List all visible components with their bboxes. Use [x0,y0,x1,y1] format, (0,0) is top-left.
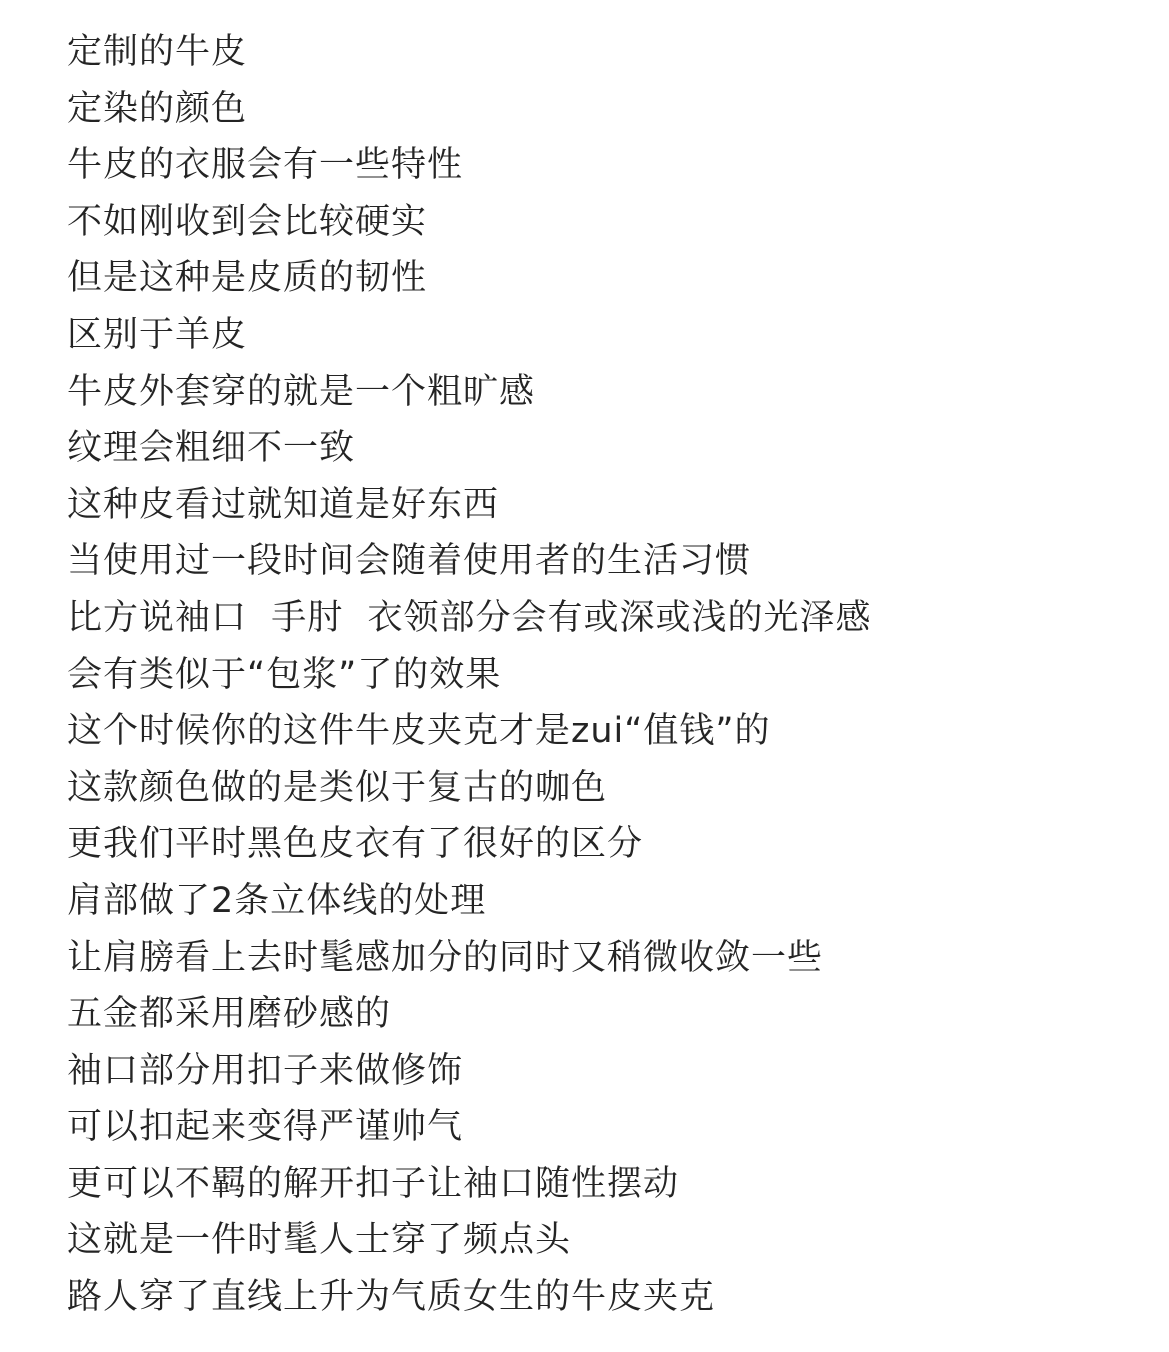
text-line: 不如刚收到会比较硬实 [67,194,1149,251]
text-line: 让肩膀看上去时髦感加分的同时又稍微收敛一些 [67,930,1149,987]
text-line: 袖口部分用扣子来做修饰 [67,1043,1149,1100]
text-line: 路人穿了直线上升为气质女生的牛皮夹克 [67,1269,1149,1326]
document-body: 定制的牛皮 定染的颜色 牛皮的衣服会有一些特性 不如刚收到会比较硬实 但是这种是… [67,24,1149,1326]
text-line: 牛皮的衣服会有一些特性 [67,137,1149,194]
text-line: 这种皮看过就知道是好东西 [67,477,1149,534]
text-line: 更我们平时黑色皮衣有了很好的区分 [67,816,1149,873]
text-line: 定染的颜色 [67,81,1149,138]
text-line: 更可以不羁的解开扣子让袖口随性摆动 [67,1156,1149,1213]
text-line: 定制的牛皮 [67,24,1149,81]
text-line: 纹理会粗细不一致 [67,420,1149,477]
text-line: 肩部做了2条立体线的处理 [67,873,1149,930]
text-line: 会有类似于“包浆”了的效果 [67,647,1149,704]
text-line: 牛皮外套穿的就是一个粗旷感 [67,364,1149,421]
text-line: 这个时候你的这件牛皮夹克才是zui“值钱”的 [67,703,1149,760]
text-line: 当使用过一段时间会随着使用者的生活习惯 [67,533,1149,590]
text-line: 但是这种是皮质的韧性 [67,250,1149,307]
text-line: 区别于羊皮 [67,307,1149,364]
text-line: 这就是一件时髦人士穿了频点头 [67,1212,1149,1269]
text-line: 比方说袖口 手肘 衣领部分会有或深或浅的光泽感 [67,590,1149,647]
text-line: 这款颜色做的是类似于复古的咖色 [67,760,1149,817]
text-line: 可以扣起来变得严谨帅气 [67,1099,1149,1156]
text-line: 五金都采用磨砂感的 [67,986,1149,1043]
